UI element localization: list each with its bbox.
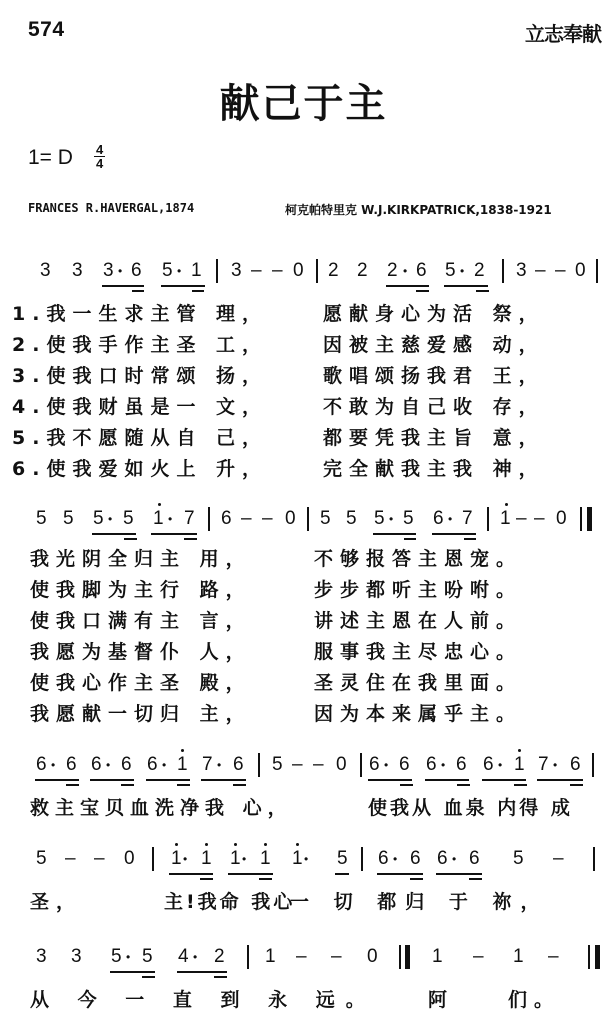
notation-row-1: 3 3 3•6 5•1 3––0 2 2 2•6 5•2 3––0: [0, 260, 607, 288]
chorus-lyric-2c: 一 切 都归 于 祢，: [290, 891, 548, 913]
barline: [596, 259, 598, 283]
high-octave-dot: [234, 843, 237, 846]
verse-3-a: 3.使我口时常颂 扬，: [12, 365, 268, 387]
verse-6-b: 完全献我主我 神，: [323, 458, 545, 480]
chorus-lyric-2b: 主!我命 我心: [164, 891, 295, 913]
double-barline-thick: [405, 945, 410, 969]
barline: [502, 259, 504, 283]
verse-3-d: 讲述主恩在人前。: [314, 610, 522, 632]
section-tag: 立志奉献: [525, 18, 601, 47]
final-barline-thin: [580, 507, 582, 531]
notation-row-3: 6•6 6•6 6•1 7•6 5––0 6•6 6•6 6•1 7•6: [0, 754, 607, 782]
verse-4-c: 我愿为基督仆 人，: [30, 641, 252, 663]
final-barline-thick: [587, 507, 592, 531]
time-sig-denominator: 4: [96, 156, 103, 171]
verse-1-a: 1.我一生求主管 理，: [12, 303, 268, 325]
barline: [208, 507, 210, 531]
note: 6: [131, 260, 142, 282]
double-barline-thin: [399, 945, 401, 969]
barline: [592, 753, 594, 777]
high-octave-dot: [175, 843, 178, 846]
barline: [360, 753, 362, 777]
barline: [216, 259, 218, 283]
high-octave-dot: [296, 843, 299, 846]
final-barline-thick: [595, 945, 600, 969]
high-octave-dot: [205, 843, 208, 846]
high-octave-dot: [181, 749, 184, 752]
high-octave-dot: [158, 503, 161, 506]
notation-row-5: 3 3 5•5 4•2 1––0 1–1–: [0, 946, 607, 974]
note: 1: [191, 260, 202, 282]
verse-2-d: 步步都听主吩咐。: [314, 579, 522, 601]
verse-5-c: 使我心作主圣 殿，: [30, 672, 252, 694]
verse-6-d: 因为本来属乎主。: [314, 703, 522, 725]
barline: [152, 847, 154, 871]
note: 3: [103, 260, 114, 282]
verse-6-c: 我愿献一切归 主，: [30, 703, 252, 725]
key-signature: 1= D: [28, 146, 73, 170]
verse-6-a: 6.使我爱如火上 升，: [12, 458, 268, 480]
verse-3-b: 歌唱颂扬我君 王，: [323, 365, 545, 387]
verse-2-c: 使我脚为主行 路，: [30, 579, 252, 601]
verse-1-c: 我光阴全归主 用，: [30, 548, 252, 570]
lyricist-credit: FRANCES R.HAVERGAL,1874: [28, 201, 194, 215]
chorus-lyric-3: 从 今 一 直 到 永 远。: [30, 989, 376, 1011]
notation-row-2: 5 5 5•5 1•7 6––0 5 5 5•5 6•7 1––0: [0, 508, 607, 536]
chorus-lyric-2a: 圣，: [30, 891, 82, 913]
note: 3: [40, 260, 51, 282]
chorus-lyric-1a: 救主宝贝血洗净我 心，: [30, 797, 293, 819]
barline: [361, 847, 363, 871]
barline: [487, 507, 489, 531]
notation-row-4: 5––0 1•1 1•1 1•5 6•6 6•6 5–: [0, 848, 607, 876]
time-signature: 4 4: [94, 143, 105, 170]
barline: [258, 753, 260, 777]
verse-4-b: 不敢为自己收 存，: [323, 396, 545, 418]
chorus-lyric-1b: 使我从 血泉 内得 成: [368, 797, 573, 819]
final-barline-thin: [588, 945, 590, 969]
high-octave-dot: [518, 749, 521, 752]
verse-5-b: 都要凭我主旨 意，: [323, 427, 545, 449]
barline: [307, 507, 309, 531]
amen-lyric-1: 阿: [428, 989, 454, 1011]
note: 5: [162, 260, 173, 282]
verse-3-c: 使我口满有主 言，: [30, 610, 252, 632]
amen-lyric-2: 们。: [508, 989, 560, 1011]
page-number: 574: [28, 18, 65, 42]
time-sig-numerator: 4: [94, 143, 105, 157]
verse-4-d: 服事我主尽忠心。: [314, 641, 522, 663]
high-octave-dot: [264, 843, 267, 846]
barline: [247, 945, 249, 969]
verse-5-a: 5.我不愿随从自 己，: [12, 427, 268, 449]
verse-1-d: 不够报答主恩宠。: [314, 548, 522, 570]
hymn-title: 献己于主: [0, 72, 607, 129]
verse-4-a: 4.使我财虽是一 文，: [12, 396, 268, 418]
verse-5-d: 圣灵住在我里面。: [314, 672, 522, 694]
high-octave-dot: [505, 503, 508, 506]
composer-credit: 柯克帕特里克 W.J.KIRKPATRICK,1838-1921: [285, 201, 552, 218]
barline: [316, 259, 318, 283]
verse-2-b: 因被主慈爱感 动，: [323, 334, 545, 356]
verse-1-b: 愿献身心为活 祭，: [323, 303, 545, 325]
note: 3: [72, 260, 83, 282]
verse-2-a: 2.使我手作主圣 工，: [12, 334, 268, 356]
barline: [593, 847, 595, 871]
